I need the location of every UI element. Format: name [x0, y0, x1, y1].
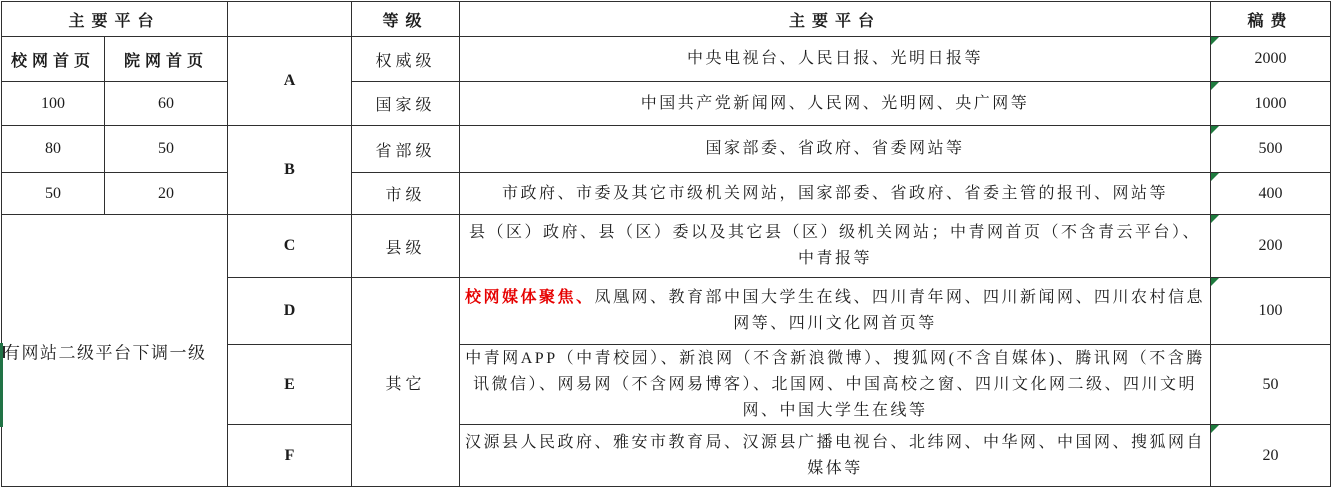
level-cell-municipal[interactable]: 市级	[352, 173, 460, 215]
fee-cell-2000[interactable]: 2000	[1211, 37, 1331, 82]
grade-cell-b[interactable]: B	[228, 126, 352, 215]
fee-value: 20	[1263, 447, 1279, 464]
fee-value: 100	[1259, 302, 1283, 319]
note-text: 有网站二级平台下调一级	[3, 338, 207, 363]
grade-cell-d[interactable]: D	[228, 278, 352, 345]
fee-schedule-sheet: 主要平台 等级 主要平台 稿费 校网首页 院网首页 A 权威级 中央电视台、人民…	[0, 0, 1334, 490]
header-school-home[interactable]: 校网首页	[2, 37, 105, 82]
green-corner-indicator-icon	[1211, 37, 1219, 45]
college-home-points-2[interactable]: 50	[105, 126, 228, 173]
platforms-cell-county[interactable]: 县（区）政府、县（区）委以及其它县（区）级机关网站；中青网首页（不含青云平台）、…	[460, 215, 1211, 278]
fee-value: 2000	[1255, 50, 1287, 67]
green-corner-indicator-icon	[1211, 126, 1219, 134]
grade-cell-c[interactable]: C	[228, 215, 352, 278]
header-college-home[interactable]: 院网首页	[105, 37, 228, 82]
fee-cell-20[interactable]: 20	[1211, 425, 1331, 487]
platforms-cell-f[interactable]: 汉源县人民政府、雅安市教育局、汉源县广播电视台、北纬网、中华网、中国网、搜狐网自…	[460, 425, 1211, 487]
level-cell-national[interactable]: 国家级	[352, 82, 460, 126]
school-home-points-3[interactable]: 50	[2, 173, 105, 215]
header-left-platforms[interactable]: 主要平台	[2, 2, 228, 37]
note-cell[interactable]: 有网站二级平台下调一级	[2, 215, 228, 487]
fee-cell-100[interactable]: 100	[1211, 278, 1331, 345]
fee-cell-200[interactable]: 200	[1211, 215, 1331, 278]
school-home-points-1[interactable]: 100	[2, 82, 105, 126]
green-corner-indicator-icon	[1211, 173, 1219, 181]
fee-cell-500[interactable]: 500	[1211, 126, 1331, 173]
college-home-points-1[interactable]: 60	[105, 82, 228, 126]
green-corner-indicator-icon	[1211, 278, 1219, 286]
green-corner-indicator-icon	[1211, 425, 1219, 433]
level-cell-provincial[interactable]: 省部级	[352, 126, 460, 173]
grade-cell-e[interactable]: E	[228, 345, 352, 425]
grade-cell-f[interactable]: F	[228, 425, 352, 487]
clipped-character-fragment	[3, 346, 5, 358]
green-corner-indicator-icon	[1211, 82, 1219, 90]
fee-value: 200	[1259, 237, 1283, 254]
fee-cell-1000[interactable]: 1000	[1211, 82, 1331, 126]
header-platforms[interactable]: 主要平台	[460, 2, 1211, 37]
school-home-points-2[interactable]: 80	[2, 126, 105, 173]
fee-cell-50[interactable]: 50	[1211, 345, 1331, 425]
fee-schedule-table: 主要平台 等级 主要平台 稿费 校网首页 院网首页 A 权威级 中央电视台、人民…	[1, 1, 1331, 487]
platforms-cell-provincial[interactable]: 国家部委、省政府、省委网站等	[460, 126, 1211, 173]
header-grade[interactable]: 等级	[352, 2, 460, 37]
platforms-cell-e[interactable]: 中青网APP（中青校园）、新浪网（不含新浪微博）、搜狐网(不含自媒体)、腾讯网（…	[460, 345, 1211, 425]
grade-cell-a[interactable]: A	[228, 37, 352, 126]
grade-letter-header-cell[interactable]	[228, 2, 352, 37]
highlighted-platform-text: 校网媒体聚焦、	[465, 289, 595, 306]
college-home-points-3[interactable]: 20	[105, 173, 228, 215]
platforms-cell-municipal[interactable]: 市政府、市委及其它市级机关网站，国家部委、省政府、省委主管的报刊、网站等	[460, 173, 1211, 215]
level-cell-county[interactable]: 县级	[352, 215, 460, 278]
platforms-cell-d[interactable]: 校网媒体聚焦、凤凰网、教育部中国大学生在线、四川青年网、四川新闻网、四川农村信息…	[460, 278, 1211, 345]
level-cell-authoritative[interactable]: 权威级	[352, 37, 460, 82]
green-corner-indicator-icon	[1211, 215, 1219, 223]
fee-value: 50	[1263, 376, 1279, 393]
fee-value: 1000	[1255, 95, 1287, 112]
header-fee[interactable]: 稿费	[1211, 2, 1331, 37]
platforms-cell-authoritative[interactable]: 中央电视台、人民日报、光明日报等	[460, 37, 1211, 82]
platform-text: 凤凰网、教育部中国大学生在线、四川青年网、四川新闻网、四川农村信息网等、四川文化…	[595, 289, 1206, 332]
fee-value: 500	[1259, 140, 1283, 157]
level-cell-other[interactable]: 其它	[352, 278, 460, 487]
platforms-cell-national[interactable]: 中国共产党新闻网、人民网、光明网、央广网等	[460, 82, 1211, 126]
fee-value: 400	[1259, 185, 1283, 202]
fee-cell-400[interactable]: 400	[1211, 173, 1331, 215]
